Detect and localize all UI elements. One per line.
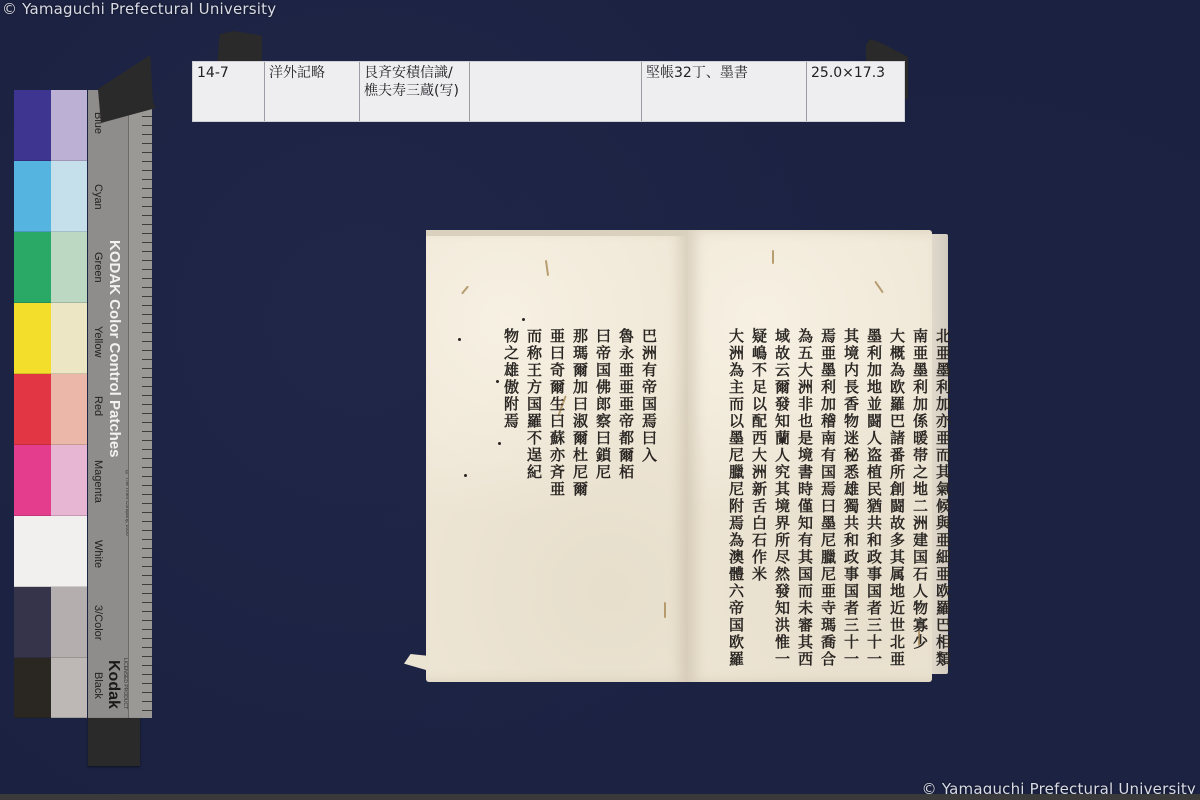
patch-label-black: Black — [92, 672, 104, 699]
ink-speck — [522, 318, 525, 321]
patch-label-magenta: Magenta — [92, 460, 104, 503]
tape-chart-bottom — [88, 718, 140, 766]
swatch-3color-light — [51, 587, 87, 658]
swatch-white-dark — [14, 516, 51, 587]
left-page-text: 巴洲有帝国焉曰入 魯永亜亜亜帝都爾栢 曰帝国佛郎察曰鎖尼 那瑪爾加曰淑爾杜尼爾 … — [499, 328, 660, 658]
paper-fiber — [874, 281, 884, 294]
left-page: 巴洲有帝国焉曰入 魯永亜亜亜帝都爾栢 曰帝国佛郎察曰鎖尼 那瑪爾加曰淑爾杜尼爾 … — [426, 230, 688, 682]
catalog-title: 洋外記略 — [265, 62, 360, 121]
open-book: 巴洲有帝国焉曰入 魯永亜亜亜帝都爾栢 曰帝国佛郎察曰鎖尼 那瑪爾加曰淑爾杜尼爾 … — [426, 226, 949, 684]
paper-fiber — [545, 260, 549, 276]
patch-label-yellow: Yellow — [92, 326, 104, 357]
paper-fiber — [461, 286, 469, 295]
kodak-logo: Kodak — [104, 660, 122, 709]
swatch-green-dark — [14, 232, 51, 303]
tape-label-left — [215, 31, 262, 63]
swatch-green-light — [51, 232, 87, 303]
swatch-magenta-dark — [14, 445, 51, 516]
swatch-column-light — [51, 90, 87, 718]
patch-label-3color: 3/Color — [92, 605, 104, 640]
swatch-blue-dark — [14, 90, 51, 161]
catalog-author: 艮斉安積信識/樵夫寿三蔵(写) — [360, 62, 470, 121]
right-page: 北亜墨利加亦亜而其氣候與亜細亜欧羅巴相類 南亜墨利加係暖帯之地二洲建国石人物寡少… — [688, 230, 932, 682]
patch-label-green: Green — [92, 252, 104, 283]
patch-label-cyan: Cyan — [92, 184, 104, 210]
swatch-yellow-dark — [14, 303, 51, 374]
swatch-blue-light — [51, 90, 87, 161]
swatch-black-light — [51, 658, 87, 718]
patch-label-white: White — [92, 540, 104, 568]
swatch-column-dark — [14, 90, 51, 718]
swatch-red-light — [51, 374, 87, 445]
copyright-credit-top: © Yamaguchi Prefectural University — [2, 0, 276, 18]
paper-fiber — [664, 602, 666, 618]
left-page-top-edge — [426, 230, 688, 236]
swatch-black-dark — [14, 658, 51, 718]
paper-fiber — [772, 250, 774, 264]
ruler — [128, 90, 152, 718]
swatch-red-dark — [14, 374, 51, 445]
swatch-yellow-light — [51, 303, 87, 374]
ink-speck — [464, 474, 467, 477]
kodak-color-chart: Blue Cyan Green Yellow Red Magenta White… — [14, 90, 152, 718]
swatch-magenta-light — [51, 445, 87, 516]
ink-speck — [458, 338, 461, 341]
bottom-edge-strip — [0, 794, 1200, 800]
catalog-label: 14-7 洋外記略 艮斉安積信識/樵夫寿三蔵(写) 堅帳32丁、墨書 25.0×… — [192, 61, 905, 122]
swatch-cyan-dark — [14, 161, 51, 232]
patch-label-red: Red — [92, 396, 104, 416]
catalog-size: 25.0×17.3 — [807, 62, 904, 121]
right-page-text: 北亜墨利加亦亜而其氣候與亜細亜欧羅巴相類 南亜墨利加係暖帯之地二洲建国石人物寡少… — [724, 328, 954, 668]
catalog-id: 14-7 — [193, 62, 265, 121]
swatch-3color-dark — [14, 587, 51, 658]
swatch-white-light — [51, 516, 87, 587]
kodak-chart-title: KODAK Color Control Patches — [106, 240, 123, 458]
chart-label-strip: Blue Cyan Green Yellow Red Magenta White… — [88, 90, 152, 718]
swatch-cyan-light — [51, 161, 87, 232]
catalog-format: 堅帳32丁、墨書 — [642, 62, 807, 121]
catalog-blank — [470, 62, 642, 121]
